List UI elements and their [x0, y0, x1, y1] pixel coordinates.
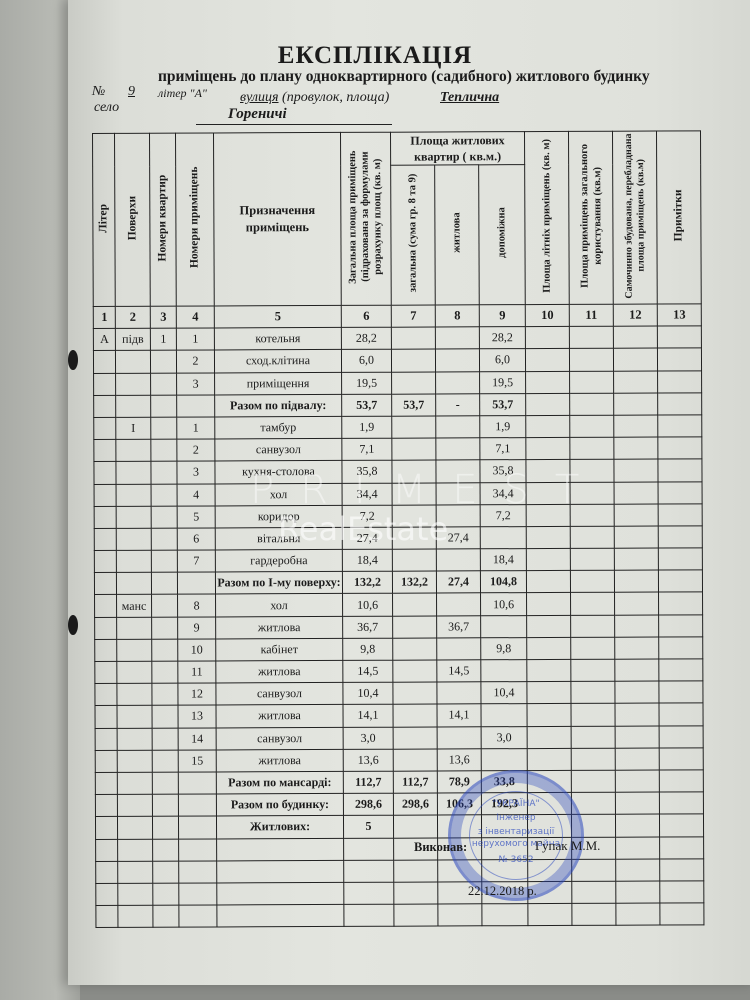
header-unauthorized-area: Самочинно збудована, перебладнана площа …: [612, 131, 657, 304]
cell-empty: [153, 905, 179, 927]
table-row: 3кухня-столова35,835,8: [94, 459, 702, 484]
cell-auxiliary: 9,8: [481, 637, 527, 659]
cell-living: 14,5: [437, 660, 481, 682]
cell-living: 27,4: [436, 527, 480, 549]
cell-empty: [151, 395, 177, 417]
summary-label: Разом по І-му поверху:: [215, 572, 342, 595]
cell-room-number: 6: [177, 528, 215, 550]
cell-room-name: санвузол: [215, 439, 342, 462]
cell-auxiliary: 18,4: [480, 549, 526, 571]
cell-empty: [394, 904, 438, 926]
cell-empty: [659, 659, 703, 681]
cell-floor: I: [116, 417, 151, 439]
cell-room-number: 4: [177, 483, 215, 505]
cell-floor: [116, 373, 151, 395]
cell-living: 27,4: [436, 571, 480, 593]
cell-total-area: 14,1: [343, 705, 393, 727]
blank-row: [96, 836, 704, 861]
cell-empty: [526, 438, 570, 460]
cell-living: [437, 593, 481, 615]
header-liter: Літер: [93, 133, 116, 306]
cell-liter: [95, 661, 117, 683]
cell-living: [437, 638, 481, 660]
cell-empty: [178, 772, 216, 794]
cell-floor: [117, 617, 152, 639]
header-purpose: Призначення приміщень: [214, 132, 342, 306]
cell-auxiliary: [481, 615, 527, 637]
cell-empty: [95, 795, 117, 817]
summary-row: Разом по підвалу:53,753,7-53,7: [94, 393, 702, 418]
cell-empty: [94, 395, 116, 417]
cell-liter: [94, 484, 116, 506]
cell-empty: [344, 882, 394, 904]
cell-floor: [117, 706, 152, 728]
cell-room-number: 10: [178, 639, 216, 661]
cell-empty: [526, 526, 570, 548]
cell-floor: [117, 750, 152, 772]
header-living-apartments: Площа житлових квартир ( кв.м.): [390, 132, 524, 166]
column-number: 8: [435, 305, 479, 327]
cell-living: [436, 504, 480, 526]
cell-apt-total: [392, 527, 436, 549]
header-floors: Поверхи: [115, 133, 151, 306]
cell-empty: [615, 615, 659, 637]
cell-empty: [570, 548, 614, 570]
cell-room-name: житлова: [216, 749, 343, 772]
cell-empty: [570, 504, 614, 526]
cell-auxiliary: [481, 704, 527, 726]
cell-liter: [95, 750, 117, 772]
column-number-row: 12345678910111213: [93, 304, 701, 329]
cell-total-area: 10,6: [343, 594, 393, 616]
cell-apartment: [151, 484, 177, 506]
cell-empty: [615, 792, 659, 814]
binder-hole: [68, 350, 78, 370]
cell-total-area: 6,0: [341, 350, 391, 372]
cell-apt-total: [392, 372, 436, 394]
table-row: 2сход.клітина6,06,0: [93, 348, 701, 373]
cell-floor: [116, 550, 151, 572]
table-row: 15житлова13,613,6: [95, 748, 703, 773]
explication-table: Літер Поверхи Номери квартир Номери прим…: [92, 130, 704, 928]
cell-apt-total: [393, 593, 437, 615]
cell-apt-total: [392, 549, 436, 571]
cell-empty: [615, 770, 659, 792]
cell-auxiliary: 1,9: [480, 416, 526, 438]
cell-empty: [659, 814, 703, 836]
cell-empty: [118, 905, 153, 927]
cell-living: [435, 349, 479, 371]
cell-apartment: [151, 417, 177, 439]
cell-total-area: 5: [343, 816, 393, 838]
cell-empty: [95, 772, 117, 794]
cell-apartment: [150, 351, 176, 373]
cell-apartment: [152, 617, 178, 639]
cell-floor: манс: [117, 595, 152, 617]
cell-empty: [178, 816, 216, 838]
cell-empty: [151, 572, 177, 594]
cell-floor: [117, 728, 152, 750]
cell-liter: [94, 550, 116, 572]
cell-floor: [115, 351, 150, 373]
cell-empty: [217, 904, 344, 927]
summary-row: Житлових:5: [95, 814, 703, 839]
cell-empty: [659, 681, 703, 703]
cell-empty: [658, 393, 702, 415]
cell-auxiliary: [481, 748, 527, 770]
cell-room-name: санвузол: [216, 683, 343, 706]
cell-empty: [571, 748, 615, 770]
cell-empty: [571, 770, 615, 792]
cell-floor: [116, 506, 151, 528]
cell-floor: [116, 462, 151, 484]
cell-empty: [660, 836, 704, 858]
cell-auxiliary: 19,5: [480, 371, 526, 393]
cell-living: 13,6: [437, 749, 481, 771]
cell-total-area: 7,1: [342, 438, 392, 460]
table-row: Апідв11котельня28,228,2: [93, 326, 701, 351]
cell-apartment: [152, 639, 178, 661]
cell-apt-total: 53,7: [392, 394, 436, 416]
cell-auxiliary: 10,6: [481, 593, 527, 615]
street-name: Теплична: [440, 90, 499, 106]
executor-name: Гупак М.М.: [535, 838, 600, 854]
cell-apt-total: [393, 727, 437, 749]
cell-empty: [657, 348, 701, 370]
cell-liter: [95, 706, 117, 728]
cell-apt-total: [391, 349, 435, 371]
table-row: 4хол34,434,4: [94, 481, 702, 506]
cell-apartment: [152, 683, 178, 705]
cell-empty: [394, 882, 438, 904]
cell-empty: [660, 881, 704, 903]
cell-empty: [659, 703, 703, 725]
cell-auxiliary: [480, 526, 526, 548]
cell-room-name: житлова: [216, 705, 343, 728]
cell-empty: [217, 882, 344, 905]
signature-date: 22.12.2018 р.: [468, 884, 537, 899]
cell-empty: [344, 838, 394, 860]
cell-room-number: 11: [178, 661, 216, 683]
cell-empty: [571, 615, 615, 637]
cell-empty: [153, 861, 179, 883]
cell-auxiliary: 34,4: [480, 482, 526, 504]
cell-empty: [614, 570, 658, 592]
cell-auxiliary: 28,2: [479, 327, 525, 349]
cell-empty: [570, 393, 614, 415]
cell-room-number: 3: [177, 461, 215, 483]
cell-empty: [526, 460, 570, 482]
header-notes: Примітки: [656, 131, 701, 304]
cell-empty: [570, 371, 614, 393]
cell-room-number: 5: [177, 506, 215, 528]
summary-label: Разом по мансарді:: [216, 771, 343, 794]
cell-auxiliary: [481, 660, 527, 682]
cell-empty: [179, 905, 217, 927]
cell-room-name: кабінет: [216, 638, 343, 661]
cell-empty: [660, 903, 704, 925]
cell-empty: [614, 393, 658, 415]
table-row: манс8хол10,610,6: [95, 592, 703, 617]
cell-apt-total: [393, 616, 437, 638]
column-number: 12: [613, 304, 657, 326]
cell-empty: [527, 704, 571, 726]
cell-empty: [178, 794, 216, 816]
cell-total-area: 9,8: [343, 638, 393, 660]
cell-empty: [526, 371, 570, 393]
cell-empty: [658, 526, 702, 548]
cell-empty: [96, 861, 118, 883]
cell-empty: [657, 326, 701, 348]
cell-apt-total: [392, 416, 436, 438]
cell-empty: [570, 526, 614, 548]
cell-total-area: 7,2: [342, 505, 392, 527]
cell-empty: [571, 637, 615, 659]
cell-empty: [96, 883, 118, 905]
cell-room-name: котельня: [214, 328, 341, 351]
cell-room-name: житлова: [216, 660, 343, 683]
executed-by-label: Виконав:: [414, 840, 467, 855]
cell-apartment: [151, 528, 177, 550]
column-number: 2: [115, 306, 150, 328]
cell-auxiliary: 6,0: [479, 349, 525, 371]
cell-liter: [95, 617, 117, 639]
cell-empty: [658, 548, 702, 570]
cell-empty: [116, 395, 151, 417]
cell-liter: [95, 595, 117, 617]
settlement-type: село: [94, 100, 119, 116]
cell-empty: [177, 395, 215, 417]
cell-empty: [615, 637, 659, 659]
cell-empty: [571, 704, 615, 726]
cell-room-number: 12: [178, 683, 216, 705]
column-number: 5: [214, 305, 341, 328]
cell-empty: [570, 460, 614, 482]
cell-auxiliary: 7,1: [480, 438, 526, 460]
cell-room-name: гардеробна: [215, 549, 342, 572]
cell-room-name: хол: [215, 483, 342, 506]
cell-room-name: хол: [216, 594, 343, 617]
cell-liter: [95, 728, 117, 750]
cell-auxiliary: 7,2: [480, 504, 526, 526]
cell-empty: [614, 459, 658, 481]
summary-row: Разом по будинку:298,6298,6106,3192,3: [95, 792, 703, 817]
cell-empty: [94, 573, 116, 595]
cell-empty: [117, 817, 152, 839]
cell-apt-total: [393, 682, 437, 704]
cell-empty: [96, 839, 118, 861]
street-alternatives: (провулок, площа): [279, 90, 390, 105]
cell-room-number: 9: [178, 617, 216, 639]
cell-apt-total: [391, 327, 435, 349]
cell-apartment: [152, 661, 178, 683]
cell-empty: [658, 481, 702, 503]
cell-apartment: [151, 373, 177, 395]
cell-total-area: 1,9: [342, 416, 392, 438]
cell-total-area: 27,4: [342, 527, 392, 549]
cell-empty: [615, 814, 659, 836]
column-number: 13: [657, 304, 701, 326]
cell-empty: [527, 726, 571, 748]
cell-empty: [615, 659, 659, 681]
cell-empty: [615, 681, 659, 703]
cell-empty: [615, 592, 659, 614]
cell-empty: [658, 504, 702, 526]
cell-empty: [525, 349, 569, 371]
cell-empty: [615, 726, 659, 748]
summary-label: Разом по підвалу:: [215, 394, 342, 417]
cell-empty: [438, 904, 482, 926]
cell-liter: [94, 373, 116, 395]
cell-empty: [217, 860, 344, 883]
cell-room-name: кухня-столова: [215, 461, 342, 484]
cell-empty: [95, 817, 117, 839]
cell-apartment: [151, 506, 177, 528]
cell-empty: [570, 570, 614, 592]
cell-total-area: 53,7: [342, 394, 392, 416]
cell-empty: [118, 839, 153, 861]
cell-empty: [660, 859, 704, 881]
table-row: 9житлова36,736,7: [95, 614, 703, 639]
binder-hole: [68, 615, 78, 635]
cell-total-area: 19,5: [342, 372, 392, 394]
cell-room-number: 7: [177, 550, 215, 572]
cell-apartment: [152, 750, 178, 772]
column-number: 11: [569, 304, 613, 326]
cell-apt-total: 298,6: [393, 793, 437, 815]
header-apt-living: житлова: [435, 165, 480, 305]
cell-empty: [96, 905, 118, 927]
cell-empty: [613, 326, 657, 348]
cell-total-area: 112,7: [343, 771, 393, 793]
cell-floor: [116, 484, 151, 506]
cell-room-name: житлова: [216, 616, 343, 639]
cell-total-area: 10,4: [343, 682, 393, 704]
cell-liter: [94, 528, 116, 550]
cell-auxiliary: 35,8: [480, 460, 526, 482]
cell-empty: [179, 838, 217, 860]
cell-empty: [153, 883, 179, 905]
cell-room-name: сход.клітина: [214, 350, 341, 373]
cell-empty: [569, 326, 613, 348]
table-row: 14санвузол3,03,0: [95, 725, 703, 750]
cell-apt-total: [393, 704, 437, 726]
cell-empty: [616, 859, 660, 881]
cell-empty: [659, 725, 703, 747]
cell-apt-total: [393, 660, 437, 682]
cell-empty: [571, 659, 615, 681]
number-label: №: [92, 84, 105, 100]
cell-empty: [658, 370, 702, 392]
cell-floor: [117, 639, 152, 661]
table-row: 12санвузол10,410,4: [95, 681, 703, 706]
blank-row: [96, 903, 704, 928]
cell-empty: [152, 772, 178, 794]
table-row: 2санвузол7,17,1: [94, 437, 702, 462]
table-row: 5коридор7,27,2: [94, 504, 702, 529]
cell-apt-total: 132,2: [392, 571, 436, 593]
cell-room-name: вітальня: [215, 527, 342, 550]
cell-empty: [217, 838, 344, 861]
cell-empty: [527, 748, 571, 770]
table-row: 10кабінет9,89,8: [95, 637, 703, 662]
cell-empty: [614, 415, 658, 437]
cell-living: [437, 726, 481, 748]
cell-auxiliary: 53,7: [480, 393, 526, 415]
cell-empty: [526, 393, 570, 415]
cell-empty: [616, 881, 660, 903]
cell-total-area: 132,2: [342, 571, 392, 593]
cell-empty: [344, 860, 394, 882]
cell-empty: [615, 748, 659, 770]
cell-living: [436, 482, 480, 504]
table-row: I1тамбур1,91,9: [94, 415, 702, 440]
cell-empty: [572, 881, 616, 903]
header-total-area: Загальна площа приміщень (підрахована за…: [340, 132, 391, 305]
cell-apartment: [151, 439, 177, 461]
cell-empty: [614, 437, 658, 459]
summary-label: Разом по будинку:: [216, 794, 343, 817]
cell-empty: [659, 770, 703, 792]
header-apt-total: загальна (сума гр. 8 та 9): [391, 165, 436, 305]
cell-room-number: 13: [178, 705, 216, 727]
cell-apt-total: [392, 505, 436, 527]
cell-empty: [344, 904, 394, 926]
cell-room-name: санвузол: [216, 727, 343, 750]
cell-empty: [526, 482, 570, 504]
cell-apartment: 1: [150, 328, 176, 350]
summary-row: Разом по І-му поверху:132,2132,227,4104,…: [94, 570, 702, 595]
table-row: 7гардеробна18,418,4: [94, 548, 702, 573]
table-row: 11житлова14,514,5: [95, 659, 703, 684]
cell-empty: [527, 682, 571, 704]
cell-empty: [614, 504, 658, 526]
underline: [196, 124, 392, 125]
cell-empty: [613, 348, 657, 370]
cell-apt-total: [393, 749, 437, 771]
cell-living: [435, 327, 479, 349]
header-common-use-area: Площа приміщень загального користування …: [568, 131, 613, 304]
summary-row: Разом по мансарді:112,7112,778,933,8: [95, 770, 703, 795]
cell-apt-total: 112,7: [393, 771, 437, 793]
cell-empty: [658, 437, 702, 459]
cell-empty: [179, 883, 217, 905]
cell-room-number: 1: [176, 328, 214, 350]
cell-total-area: 14,5: [343, 660, 393, 682]
cell-empty: [117, 772, 152, 794]
cell-living: 36,7: [437, 615, 481, 637]
cell-empty: [571, 593, 615, 615]
cell-empty: [527, 593, 571, 615]
cell-room-number: 2: [176, 350, 214, 372]
cell-empty: [570, 482, 614, 504]
cell-empty: [614, 526, 658, 548]
blank-row: [96, 881, 704, 906]
cell-empty: [614, 371, 658, 393]
cell-empty: [118, 883, 153, 905]
cell-room-name: приміщення: [215, 372, 342, 395]
cell-empty: [571, 726, 615, 748]
column-number: 4: [176, 306, 214, 328]
cell-floor: [117, 661, 152, 683]
cell-empty: [527, 637, 571, 659]
cell-empty: [116, 572, 151, 594]
cell-auxiliary: 10,4: [481, 682, 527, 704]
cell-total-area: 3,0: [343, 727, 393, 749]
cell-empty: [118, 861, 153, 883]
cell-empty: [659, 637, 703, 659]
cell-empty: [658, 459, 702, 481]
